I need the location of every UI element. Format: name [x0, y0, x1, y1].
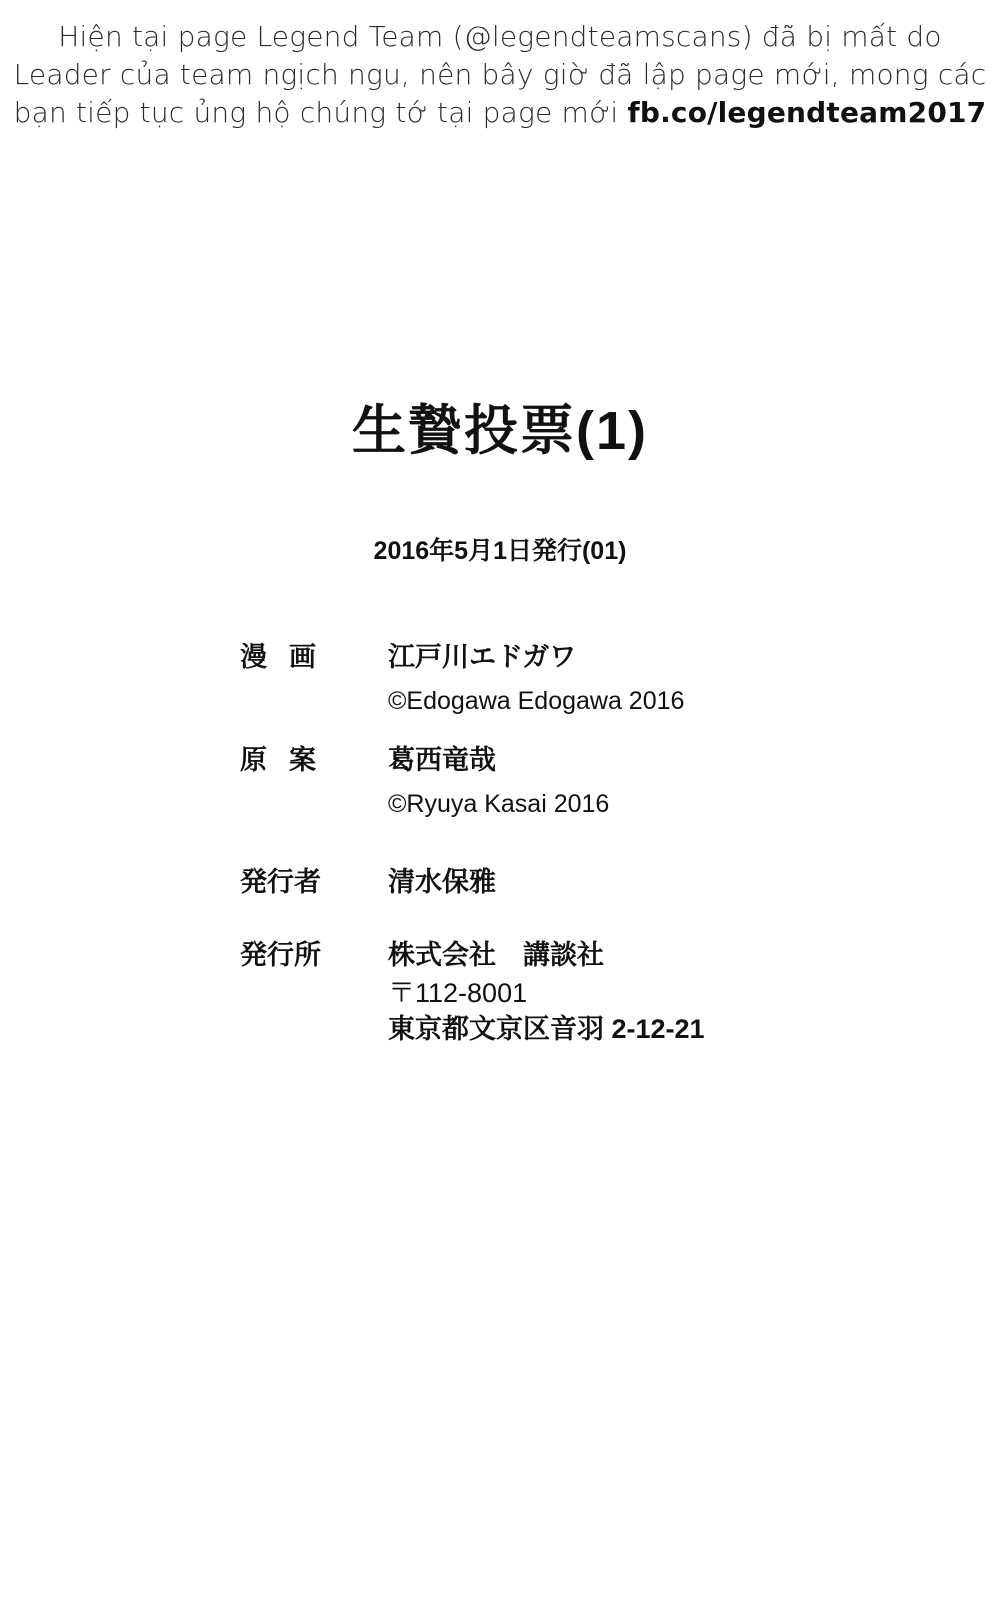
notice-line-1: Hiện tại page Legend Team (@legendteamsc…	[0, 18, 1000, 56]
original-story-label: 原案	[240, 742, 338, 778]
manga-copyright: ©Edogawa Edogawa 2016	[388, 683, 684, 719]
colophon-row-address: 東京都文京区音羽 2-12-21	[240, 1011, 800, 1047]
notice-line-3-text: bạn tiếp tục ủng hộ chúng tớ tại page mớ…	[14, 96, 628, 129]
notice-line-2: Leader của team ngịch ngu, nên bây giờ đ…	[0, 56, 1000, 94]
colophon-row-postal-code: 〒112-8001	[240, 975, 800, 1011]
colophon-row-original-story: 原案 葛西竜哉	[240, 742, 800, 778]
publisher-address: 東京都文京区音羽 2-12-21	[388, 1011, 705, 1047]
publishing-house-company: 株式会社 講談社	[388, 937, 604, 973]
original-story-copyright: ©Ryuya Kasai 2016	[388, 786, 609, 822]
original-story-author-name: 葛西竜哉	[388, 742, 496, 778]
colophon-row-manga: 漫画 江戸川エドガワ	[240, 639, 800, 675]
colophon-row-publishing-house: 発行所 株式会社 講談社	[240, 937, 800, 973]
manga-artist-name: 江戸川エドガワ	[388, 639, 576, 675]
publishing-house-label: 発行所	[240, 937, 321, 973]
postal-code: 〒112-8001	[388, 975, 527, 1011]
manga-label: 漫画	[240, 639, 338, 675]
notice-line-3: bạn tiếp tục ủng hộ chúng tớ tại page mớ…	[0, 94, 1000, 132]
colophon-row-original-story-copyright: ©Ryuya Kasai 2016	[240, 786, 800, 822]
publisher-label: 発行者	[240, 864, 321, 900]
publication-date: 2016年5月1日発行(01)	[0, 535, 1000, 567]
book-title: 生贄投票(1)	[0, 398, 1000, 464]
facebook-page-link[interactable]: fb.co/legendteam2017	[627, 96, 986, 129]
scanlation-notice: Hiện tại page Legend Team (@legendteamsc…	[0, 18, 1000, 132]
colophon-row-manga-copyright: ©Edogawa Edogawa 2016	[240, 683, 800, 719]
publisher-name: 清水保雅	[388, 864, 496, 900]
colophon-row-publisher: 発行者 清水保雅	[240, 864, 800, 900]
